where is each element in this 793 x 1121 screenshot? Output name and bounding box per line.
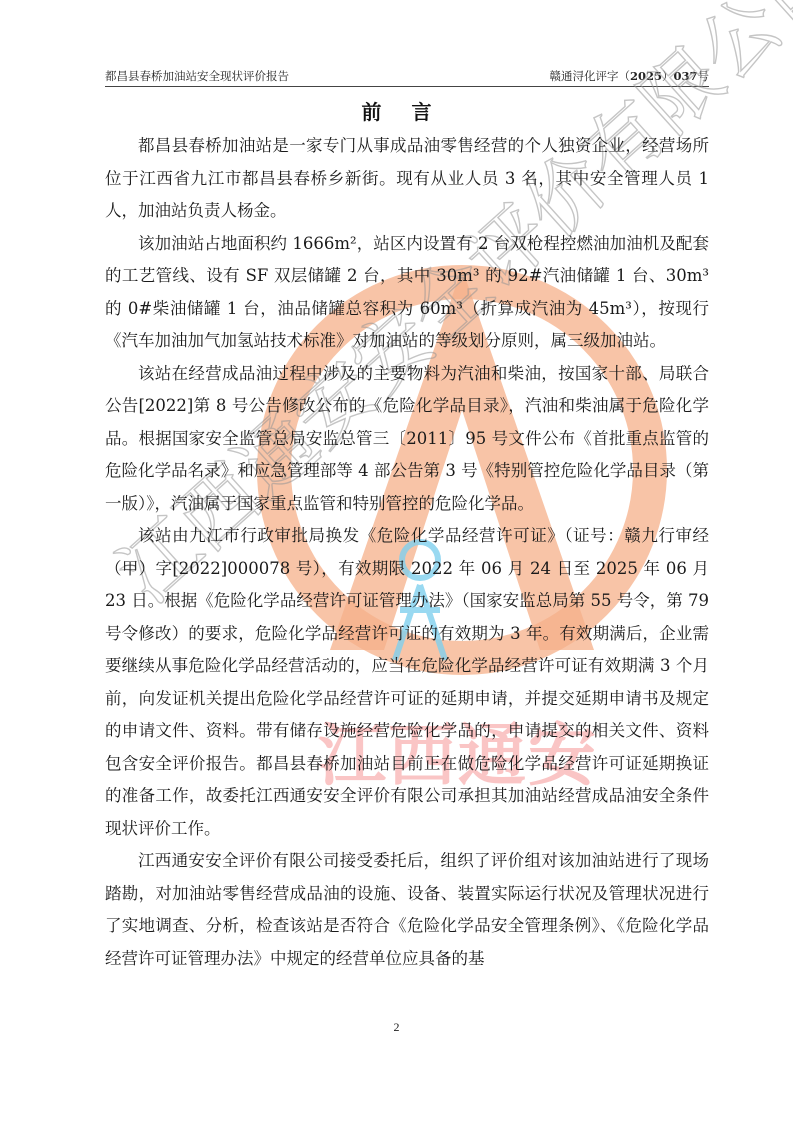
section-title: 前言 <box>0 96 793 125</box>
document-body: 都昌县春桥加油站是一家专门从事成品油零售经营的个人独资企业，经营场所位于江西省九… <box>105 130 709 975</box>
report-reference-number: 赣通浔化评字（2025）037号 <box>549 68 709 84</box>
paragraph: 该站由九江市行政审批局换发《危险化学品经营许可证》（证号：赣九行审经（甲）字[2… <box>105 520 709 845</box>
page-number: 2 <box>0 1020 793 1035</box>
paragraph: 该加油站占地面积约 1666m²，站区内设置有 2 台双枪程控燃油加油机及配套的… <box>105 228 709 358</box>
document-page: 都昌县春桥加油站安全现状评价报告 赣通浔化评字（2025）037号 江西通安安全… <box>0 0 793 1121</box>
paragraph: 江西通安安全评价有限公司接受委托后，组织了评价组对该加油站进行了现场踏勘，对加油… <box>105 845 709 975</box>
report-title: 都昌县春桥加油站安全现状评价报告 <box>105 68 289 84</box>
paragraph: 该站在经营成品油过程中涉及的主要物料为汽油和柴油，按国家十部、局联合公告[202… <box>105 358 709 521</box>
page-header: 都昌县春桥加油站安全现状评价报告 赣通浔化评字（2025）037号 <box>105 66 709 87</box>
paragraph: 都昌县春桥加油站是一家专门从事成品油零售经营的个人独资企业，经营场所位于江西省九… <box>105 130 709 228</box>
